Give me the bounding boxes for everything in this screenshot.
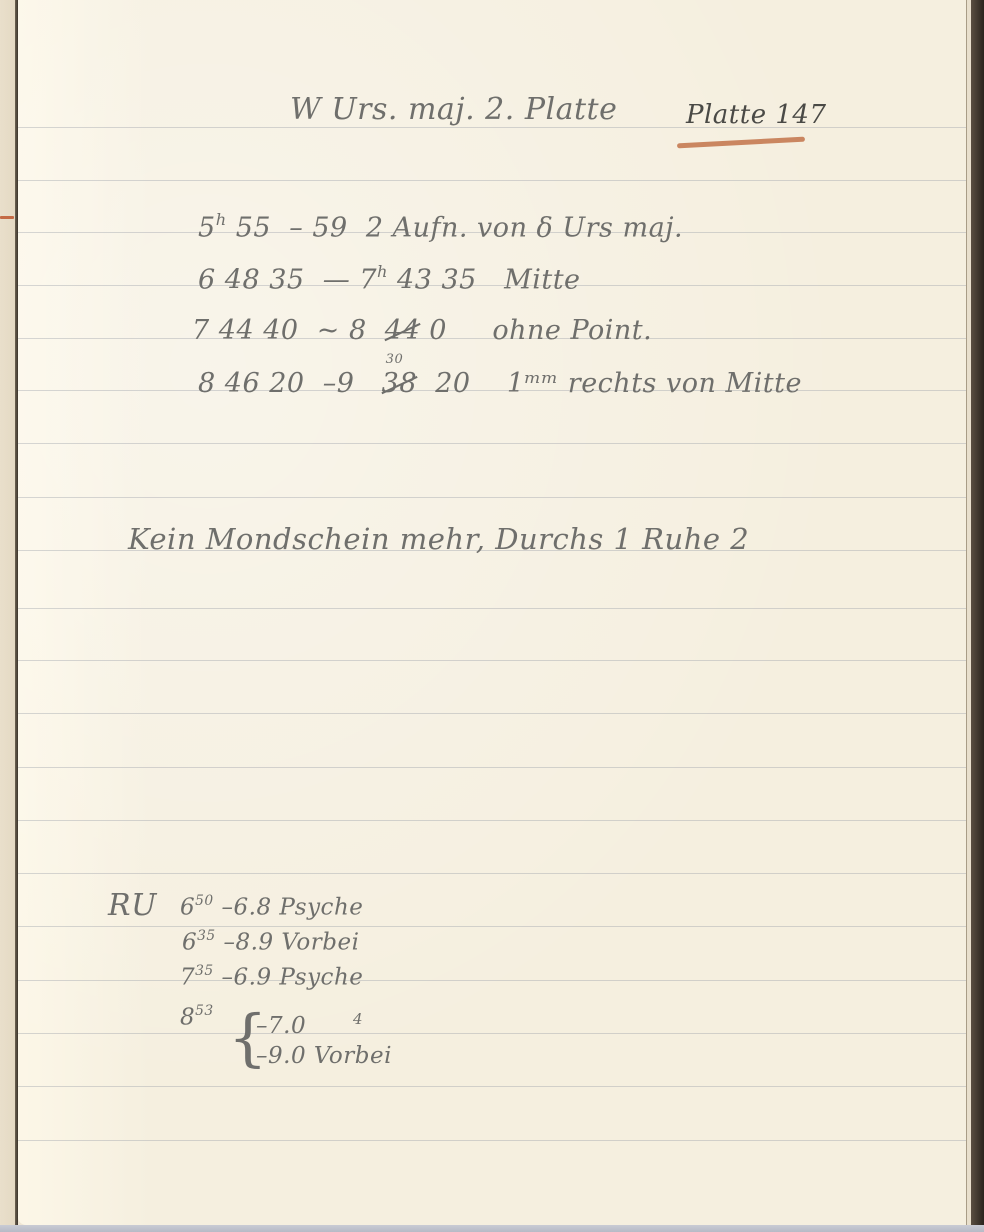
page-bottom-shadow <box>0 1225 984 1232</box>
start-time: 7 44 40 <box>192 315 299 346</box>
ruled-line <box>18 1140 966 1141</box>
log-minute: 50 <box>195 893 214 909</box>
end-seconds: 0 <box>429 315 447 346</box>
hour-unit: h <box>216 210 227 229</box>
struck-out-value: 44 <box>385 315 420 346</box>
ruled-line <box>18 873 966 874</box>
correction-value: 30 <box>386 352 404 367</box>
book-cover-edge <box>971 0 984 1232</box>
struck-out-value: 38 <box>382 368 417 399</box>
log-hour: 6 <box>180 895 195 921</box>
ruled-line <box>18 713 966 714</box>
log-value: –9.0 <box>256 1043 306 1069</box>
log-entry: 853 <box>180 1003 214 1031</box>
header-title: W Urs. maj. 2. Platte <box>290 92 617 127</box>
notebook-page <box>18 0 966 1225</box>
start-minute: 55 <box>236 212 271 243</box>
ruled-line <box>18 180 966 181</box>
log-minute: 35 <box>197 928 216 944</box>
observation-row-2: 6 48 35 — 7h 43 35 Mitte <box>198 262 581 295</box>
observation-row-4: 8 46 20 –9 38 30 20 1ᵐᵐ rechts von Mitte <box>198 368 802 399</box>
log-entry: –9.0 Vorbei <box>256 1043 392 1069</box>
ruled-line <box>18 820 966 821</box>
log-entry: 650 –6.8 Psyche <box>180 893 363 921</box>
log-entry: 635 –8.9 Vorbei <box>182 928 359 956</box>
offset-value: 1ᵐᵐ <box>507 368 559 399</box>
log-hour: 7 <box>180 965 195 991</box>
ruled-line <box>18 608 966 609</box>
log-entry: 735 –6.9 Psyche <box>180 963 363 991</box>
plate-label: Platte 147 <box>686 100 826 130</box>
end-hour: 8 <box>349 315 367 346</box>
end-hour: 7 <box>359 264 377 295</box>
log-value: –6.8 <box>222 895 272 921</box>
observation-note: ohne Point. <box>492 315 652 346</box>
log-note: 4 <box>353 1010 363 1028</box>
end-hour: 9 <box>337 368 355 399</box>
observation-note: rechts von Mitte <box>568 368 802 399</box>
log-entry: –7.0 4 <box>256 1010 363 1039</box>
ruled-line <box>18 443 966 444</box>
start-time: 8 46 20 <box>198 368 305 399</box>
log-minute: 35 <box>195 963 214 979</box>
log-hour: 6 <box>182 930 197 956</box>
ruled-line <box>18 1086 966 1087</box>
log-note: Vorbei <box>281 930 359 956</box>
log-value: –8.9 <box>224 930 274 956</box>
end-seconds: 20 <box>435 368 470 399</box>
log-note: Vorbei <box>314 1043 392 1069</box>
ruled-line <box>18 497 966 498</box>
log-note: Psyche <box>279 895 363 921</box>
start-hour: 5 <box>198 212 216 243</box>
remark-line: Kein Mondschein mehr, Durchs 1 Ruhe 2 <box>128 522 749 556</box>
log-value: –6.9 <box>222 965 272 991</box>
observation-row-3: 7 44 40 ~ 8 44 0 ohne Point. <box>192 315 652 346</box>
ruled-line <box>18 1033 966 1034</box>
hour-unit: h <box>377 262 388 281</box>
log-value: –7.0 <box>256 1013 306 1039</box>
log-note: Psyche <box>279 965 363 991</box>
ruled-line <box>18 660 966 661</box>
ruled-line <box>18 767 966 768</box>
ruled-line <box>18 926 966 927</box>
observation-row-1: 5h 55 – 59 2 Aufn. von δ Urs maj. <box>198 210 683 243</box>
end-time: 43 35 <box>397 264 477 295</box>
log-label: RU <box>108 888 157 923</box>
log-minute: 53 <box>195 1003 214 1019</box>
start-time: 6 48 35 <box>198 264 305 295</box>
red-margin-mark <box>0 216 14 219</box>
ruled-line <box>18 980 966 981</box>
previous-page-edge <box>0 0 16 1232</box>
log-hour: 8 <box>180 1005 195 1031</box>
corrected-value: 38 30 <box>382 368 417 399</box>
observation-note: Mitte <box>504 264 580 295</box>
observation-note: 2 Aufn. von δ Urs maj. <box>366 212 683 243</box>
end-time: 59 <box>312 212 347 243</box>
